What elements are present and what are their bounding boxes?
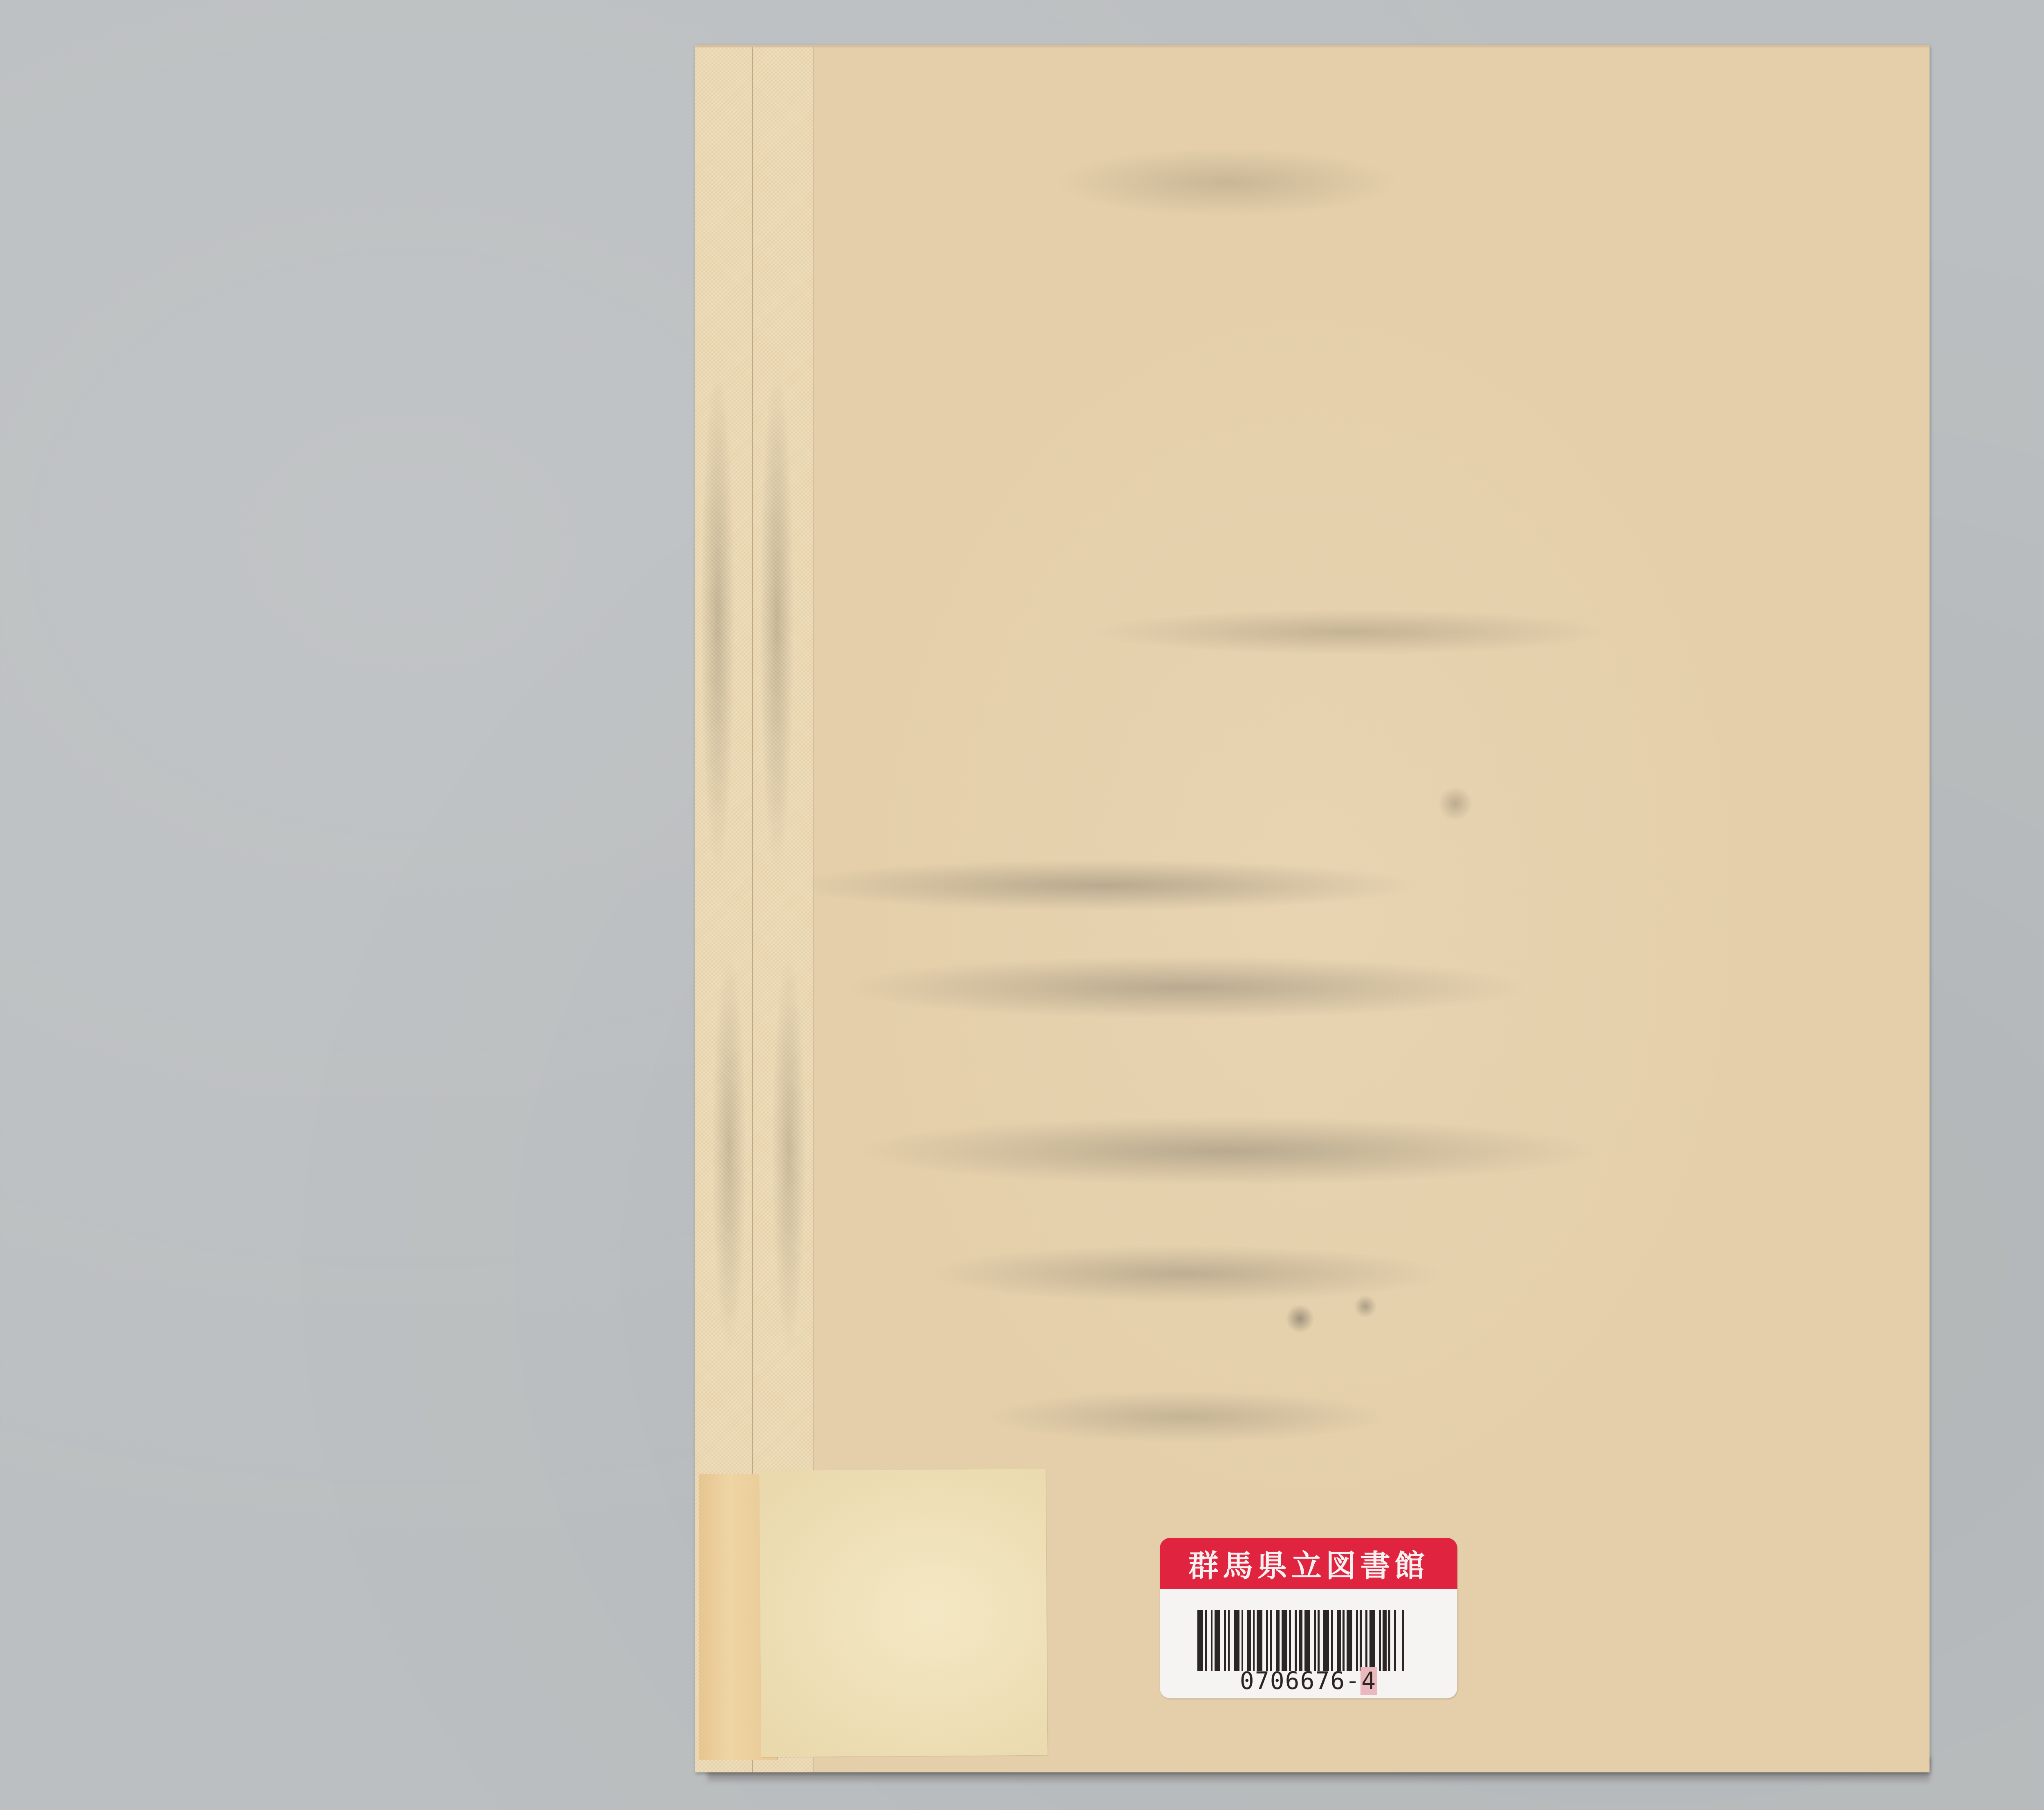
barcode-space (1220, 1610, 1224, 1671)
barcode-bar (1347, 1610, 1352, 1671)
barcode-space (1207, 1610, 1210, 1671)
barcode-bar (1197, 1610, 1203, 1671)
barcode-space (1362, 1610, 1365, 1671)
barcode-space (1291, 1610, 1295, 1671)
barcode-space (1375, 1610, 1379, 1671)
barcode-space (1262, 1610, 1266, 1671)
barcode-space (1243, 1610, 1247, 1671)
library-name-band: 群馬県立図書館 (1160, 1538, 1457, 1589)
barcode-space (1320, 1610, 1323, 1671)
barcode-bar (1247, 1610, 1251, 1671)
barcode-space (1404, 1610, 1406, 1671)
barcode-space (1352, 1610, 1356, 1671)
barcode (1197, 1610, 1406, 1671)
blank-label-patch (760, 1469, 1048, 1757)
barcode-space (1230, 1610, 1233, 1671)
barcode-bar (1234, 1610, 1239, 1671)
barcode-bar (1299, 1610, 1302, 1671)
barcode-bar (1323, 1610, 1329, 1671)
barcode-space (1333, 1610, 1337, 1671)
barcode-bar (1282, 1610, 1287, 1671)
check-digit: 4 (1360, 1667, 1377, 1695)
barcode-bar (1337, 1610, 1340, 1671)
barcode-space (1272, 1610, 1275, 1671)
library-name: 群馬県立図書館 (1188, 1542, 1429, 1585)
barcode-space (1390, 1610, 1394, 1671)
barcode-bar (1304, 1610, 1310, 1671)
book-back-cover (695, 45, 1930, 1772)
barcode-bar (1383, 1610, 1386, 1671)
barcode-number: 0706676-4 (1160, 1667, 1457, 1695)
library-barcode-sticker: 群馬県立図書館 0706676-4 (1160, 1538, 1457, 1698)
barcode-bar (1276, 1610, 1280, 1671)
barcode-space (1310, 1610, 1314, 1671)
barcode-bar (1257, 1610, 1262, 1671)
barcode-space (1396, 1610, 1402, 1671)
barcode-number-main: 0706676- (1240, 1667, 1360, 1695)
barcode-bar (1369, 1610, 1375, 1671)
barcode-bar (1215, 1610, 1220, 1671)
